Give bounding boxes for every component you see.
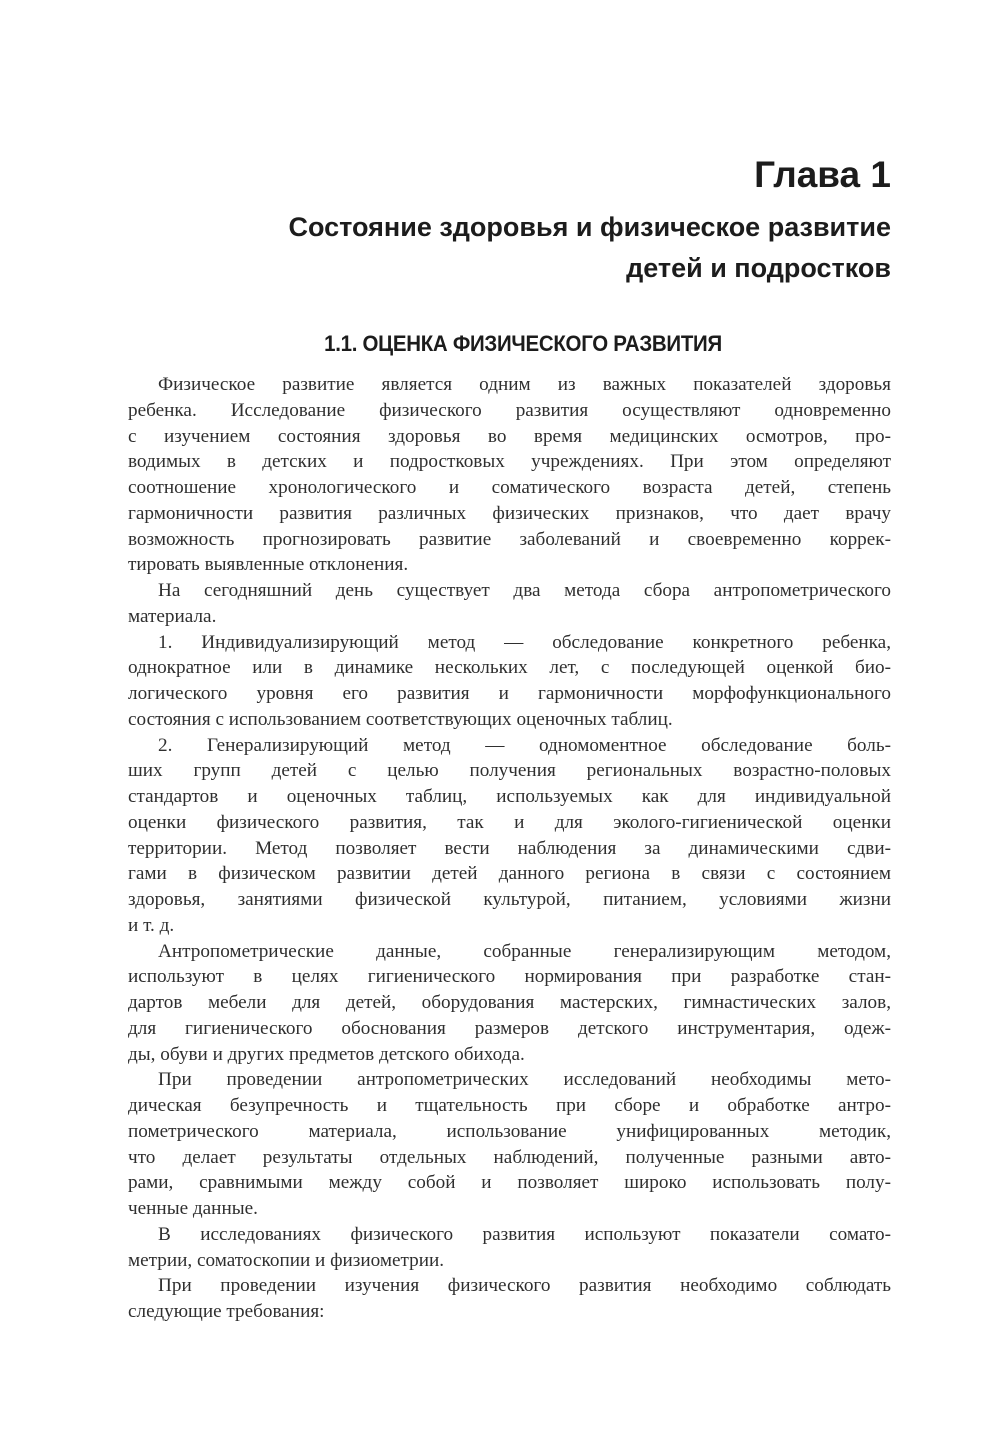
section-heading: 1.1. ОЦЕНКА ФИЗИЧЕСКОГО РАЗВИТИЯ (155, 326, 878, 362)
text-line: рами, сравнимыми между собой и позволяет… (128, 1170, 891, 1196)
text-line: При проведении антропометрических исслед… (128, 1067, 891, 1093)
text-line: территории. Метод позволяет вести наблюд… (128, 836, 891, 862)
text-line: Физическое развитие является одним из ва… (128, 372, 891, 398)
text-line: метрии, соматоскопии и физиометрии. (128, 1248, 891, 1274)
chapter-title: Состояние здоровья и физическое развитие… (128, 207, 891, 289)
text-line: 2. Генерализирующий метод — одномоментно… (128, 733, 891, 759)
text-line: и т. д. (128, 913, 891, 939)
text-line: следующие требования: (128, 1299, 891, 1325)
text-line: оценки физического развития, так и для э… (128, 810, 891, 836)
text-line: ших групп детей с целью получения регион… (128, 758, 891, 784)
text-line: тировать выявленные отклонения. (128, 552, 891, 578)
chapter-title-line-1: Состояние здоровья и физическое развитие (128, 207, 891, 248)
chapter-title-line-2: детей и подростков (128, 248, 891, 289)
text-line: соотношение хронологического и соматичес… (128, 475, 891, 501)
text-line: гами в физическом развитии детей данного… (128, 861, 891, 887)
text-line: гармоничности развития различных физичес… (128, 501, 891, 527)
paragraph-method-2: 2. Генерализирующий метод — одномоментно… (128, 733, 891, 939)
text-line: стандартов и оценочных таблиц, используе… (128, 784, 891, 810)
text-line: дическая безупречность и тщательность пр… (128, 1093, 891, 1119)
paragraph-methodology: При проведении антропометрических исслед… (128, 1067, 891, 1222)
text-line: однократное или в динамике нескольких ле… (128, 655, 891, 681)
text-line: логического уровня его развития и гармон… (128, 681, 891, 707)
paragraph-requirements: При проведении изучения физического разв… (128, 1273, 891, 1325)
text-line: ченные данные. (128, 1196, 891, 1222)
text-line: дартов мебели для детей, оборудования ма… (128, 990, 891, 1016)
text-line: водимых в детских и подростковых учрежде… (128, 449, 891, 475)
text-line: возможность прогнозировать развитие забо… (128, 527, 891, 553)
text-line: состояния с использованием соответствующ… (128, 707, 891, 733)
text-line: что делает результаты отдельных наблюден… (128, 1145, 891, 1171)
text-line: используют в целях гигиенического нормир… (128, 964, 891, 990)
text-line: материала. (128, 604, 891, 630)
paragraph-method-1: 1. Индивидуализирующий метод — обследова… (128, 630, 891, 733)
paragraph-indicators: В исследованиях физического развития исп… (128, 1222, 891, 1274)
paragraph-anthropometric-data: Антропометрические данные, собранные ген… (128, 939, 891, 1068)
text-line: Антропометрические данные, собранные ген… (128, 939, 891, 965)
text-line: При проведении изучения физического разв… (128, 1273, 891, 1299)
text-line: пометрического материала, использование … (128, 1119, 891, 1145)
chapter-label: Глава 1 (754, 150, 891, 200)
text-line: здоровья, занятиями физической культурой… (128, 887, 891, 913)
paragraph-intro: Физическое развитие является одним из ва… (128, 372, 891, 578)
text-line: ребенка. Исследование физического развит… (128, 398, 891, 424)
text-line: В исследованиях физического развития исп… (128, 1222, 891, 1248)
text-line: ды, обуви и других предметов детского об… (128, 1042, 891, 1068)
text-line: На сегодняшний день существует два метод… (128, 578, 891, 604)
text-line: для гигиенического обоснования размеров … (128, 1016, 891, 1042)
text-line: с изучением состояния здоровья во время … (128, 424, 891, 450)
text-line: 1. Индивидуализирующий метод — обследова… (128, 630, 891, 656)
paragraph-methods-intro: На сегодняшний день существует два метод… (128, 578, 891, 630)
body-text: Физическое развитие является одним из ва… (128, 372, 891, 1325)
